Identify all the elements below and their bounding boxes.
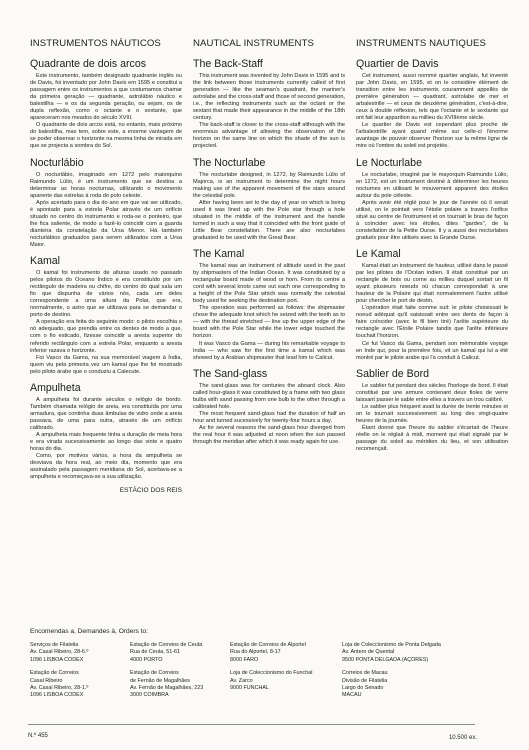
section-paragraph: The operation was performed as follows: … bbox=[193, 305, 345, 340]
address-line: MACAU bbox=[342, 692, 442, 699]
address-line: 9000 FUNCHAL bbox=[230, 685, 342, 692]
address-line: Largo do Senado bbox=[342, 685, 442, 692]
address-line: Av. Casal Ribeiro, 28-6.º bbox=[30, 649, 130, 656]
article-section: The KamalThe kamal was an instrument of … bbox=[193, 248, 345, 362]
section-paragraph: As for several reasons the sand-glass ho… bbox=[193, 425, 345, 446]
article-section: Sablier de BordLe sablier fut pendant de… bbox=[356, 368, 508, 453]
article-section: The Sand-glassThe sand-glass was for cen… bbox=[193, 368, 345, 446]
section-paragraph: It was Vasco da Gama — during his remark… bbox=[193, 341, 345, 362]
section-paragraph: Le quartier de Davis est cependant plus … bbox=[356, 122, 508, 150]
address-line: Casal Ribeiro bbox=[30, 678, 130, 685]
address-line: Divisão de Filatelia bbox=[342, 678, 442, 685]
section-paragraph: Le sablier plus fréquent avait la durée … bbox=[356, 404, 508, 425]
address-line: Serviços de Filatelia bbox=[30, 642, 130, 649]
section-heading: The Back-Staff bbox=[193, 58, 345, 70]
address-line: 3000 COIMBRA bbox=[130, 692, 230, 699]
address-line: 1096 LISBOA CODEX bbox=[30, 657, 130, 664]
section-paragraph: Cet instrument, aussi nommé quartier ang… bbox=[356, 73, 508, 122]
address-line: Correios de Macau bbox=[342, 670, 442, 677]
section-paragraph: After having been set to the day of year… bbox=[193, 200, 345, 242]
section-paragraph: Foi Vasco da Gama, na sua memorável viag… bbox=[30, 355, 182, 376]
section-heading: Ampulheta bbox=[30, 382, 182, 394]
address-block: Estação de CorreiosCasal RibeiroAv. Casa… bbox=[30, 670, 130, 700]
section-paragraph: Após acertado para o dia do ano em que v… bbox=[30, 200, 182, 249]
section-paragraph: The most frequent sand-glass had the dur… bbox=[193, 411, 345, 425]
address-block: Estação de Correios de CeutaRua de Ceuta… bbox=[130, 642, 230, 664]
section-paragraph: The back-staff is closer to the cross-st… bbox=[193, 122, 345, 150]
column-portuguese: INSTRUMENTOS NÁUTICOSQuadrante de dois a… bbox=[30, 38, 182, 494]
address-line: 4000 PORTO bbox=[130, 657, 230, 664]
section-heading: Le Nocturlabe bbox=[356, 157, 508, 169]
orders-title: Encomendas a, Demandes à, Orders to: bbox=[30, 628, 508, 635]
section-paragraph: Après avoir été réglé pour le jour de l'… bbox=[356, 200, 508, 242]
section-paragraph: The sand-glass was for centuries the abo… bbox=[193, 383, 345, 411]
section-heading: Le Kamal bbox=[356, 248, 508, 260]
section-heading: Quartier de Davis bbox=[356, 58, 508, 70]
section-paragraph: Étant donné que l'heure du sablier s'éca… bbox=[356, 425, 508, 453]
address-block: Loja de Coleccionismo do FunchalAv. Zarc… bbox=[230, 670, 342, 692]
section-heading: Quadrante de dois arcos bbox=[30, 58, 182, 70]
section-heading: Sablier de Bord bbox=[356, 368, 508, 380]
address-line: Loja de Coleccionismo de Ponta Delgada bbox=[342, 642, 442, 649]
article-section: The NocturlabeThe nocturlabe designed, i… bbox=[193, 157, 345, 242]
address-line: Av. Casal Ribeiro, 28-1.º bbox=[30, 685, 130, 692]
section-paragraph: Le nocturlabe, imaginé par le mayorquin … bbox=[356, 172, 508, 200]
section-paragraph: The kamal was an instrument of altitude … bbox=[193, 263, 345, 305]
section-heading: Nocturlábio bbox=[30, 157, 182, 169]
address-grid: Serviços de FilateliaAv. Casal Ribeiro, … bbox=[30, 642, 508, 706]
section-paragraph: This instrument was invented by John Dav… bbox=[193, 73, 345, 122]
address-line: 9500 PONTA DELGADA (AÇORES) bbox=[342, 657, 442, 664]
section-heading: The Sand-glass bbox=[193, 368, 345, 380]
section-paragraph: Este instrumento, também designado quadr… bbox=[30, 73, 182, 122]
address-column: Loja de Coleccionismo de Ponta DelgadaAv… bbox=[342, 642, 442, 706]
section-paragraph: A ampulheta foi durante séculos o relógi… bbox=[30, 397, 182, 432]
address-column: Estação de Correios de AlportelRua do Al… bbox=[230, 642, 342, 706]
section-paragraph: O quadrante de dois arcos está, no entan… bbox=[30, 122, 182, 150]
article-author: ESTÁCIO DOS REIS bbox=[30, 487, 182, 494]
address-block: Correios de MacauDivisão de FilateliaLar… bbox=[342, 670, 442, 700]
section-paragraph: A ampulheta mais frequente tinha a duraç… bbox=[30, 432, 182, 453]
address-column: Serviços de FilateliaAv. Casal Ribeiro, … bbox=[30, 642, 130, 706]
address-line: 1096 LISBOA CODEX bbox=[30, 692, 130, 699]
address-block: Loja de Coleccionismo de Ponta DelgadaAv… bbox=[342, 642, 442, 664]
section-heading: The Nocturlabe bbox=[193, 157, 345, 169]
section-paragraph: Ce fut Vasco da Gama, pendant son mémora… bbox=[356, 341, 508, 362]
address-line: Estação de Correios bbox=[30, 670, 130, 677]
column-english: NAUTICAL INSTRUMENTSThe Back-StaffThis i… bbox=[193, 38, 345, 494]
article-section: Le NocturlabeLe nocturlabe, imaginé par … bbox=[356, 157, 508, 242]
address-line: de Fernão de Magalhães bbox=[130, 678, 230, 685]
address-block: Estação de Correiosde Fernão de Magalhãe… bbox=[130, 670, 230, 700]
section-paragraph: O nocturlábio, imaginado em 1272 pelo ma… bbox=[30, 172, 182, 200]
article-section: Quadrante de dois arcosEste instrumento,… bbox=[30, 58, 182, 151]
address-line: Av. Fernão de Magalhães, 223 bbox=[130, 685, 230, 692]
address-line: Loja de Coleccionismo do Funchal bbox=[230, 670, 342, 677]
orders-block: Encomendas a, Demandes à, Orders to: Ser… bbox=[30, 628, 508, 706]
article-section: AmpulhetaA ampulheta foi durante séculos… bbox=[30, 382, 182, 482]
address-line: Av. Zarco bbox=[230, 678, 342, 685]
address-line: 8000 FARO bbox=[230, 657, 342, 664]
address-column: Estação de Correios de CeutaRua de Ceuta… bbox=[130, 642, 230, 706]
article-section: Quartier de DavisCet instrument, aussi n… bbox=[356, 58, 508, 151]
address-line: Rua do Alportel, 8-17 bbox=[230, 649, 342, 656]
column-french: INSTRUMENTS NAUTIQUESQuartier de DavisCe… bbox=[356, 38, 508, 494]
address-block: Serviços de FilateliaAv. Casal Ribeiro, … bbox=[30, 642, 130, 664]
article-columns: INSTRUMENTOS NÁUTICOSQuadrante de dois a… bbox=[30, 38, 508, 494]
column-title: INSTRUMENTOS NÁUTICOS bbox=[30, 38, 182, 49]
section-paragraph: Le sablier fut pendant des siècles l'hor… bbox=[356, 383, 508, 404]
address-line: Estação de Correios bbox=[130, 670, 230, 677]
section-paragraph: Como, por motivos vários, a hora da ampu… bbox=[30, 453, 182, 481]
section-paragraph: Kamal était un instrument de hauteur, ut… bbox=[356, 263, 508, 305]
article-section: NocturlábioO nocturlábio, imaginado em 1… bbox=[30, 157, 182, 250]
article-section: The Back-StaffThis instrument was invent… bbox=[193, 58, 345, 151]
section-paragraph: O kamal foi instrumento de alturas usado… bbox=[30, 270, 182, 319]
column-title: INSTRUMENTS NAUTIQUES bbox=[356, 38, 508, 49]
article-section: Le KamalKamal était un instrument de hau… bbox=[356, 248, 508, 362]
print-run: 10.500 ex. bbox=[449, 735, 477, 741]
address-line: Estação de Correios de Ceuta bbox=[130, 642, 230, 649]
footer-divider bbox=[28, 724, 475, 725]
section-paragraph: A operação era feita do seguinte modo: o… bbox=[30, 319, 182, 354]
section-heading: Kamal bbox=[30, 255, 182, 267]
article-section: KamalO kamal foi instrumento de alturas … bbox=[30, 255, 182, 376]
section-paragraph: L'opération était faite comme suit: le p… bbox=[356, 305, 508, 340]
section-heading: The Kamal bbox=[193, 248, 345, 260]
address-block: Estação de Correios de AlportelRua do Al… bbox=[230, 642, 342, 664]
section-paragraph: The nocturlabe designed, in 1272, by Rai… bbox=[193, 172, 345, 200]
address-line: Rua de Ceuta, 51-61 bbox=[130, 649, 230, 656]
address-line: Estação de Correios de Alportel bbox=[230, 642, 342, 649]
address-line: Av. Antero de Quental bbox=[342, 649, 442, 656]
column-title: NAUTICAL INSTRUMENTS bbox=[193, 38, 345, 49]
issue-number: N.º 455 bbox=[28, 733, 48, 739]
